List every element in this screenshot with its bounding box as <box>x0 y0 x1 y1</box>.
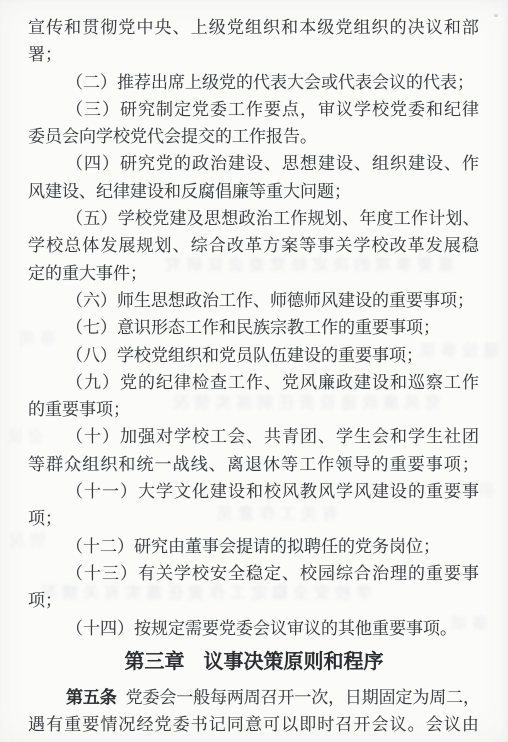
text-line: （二）推荐出席上级党的代表大会或代表会议的代表； <box>28 69 480 96</box>
article-number: 第五条 <box>66 688 117 707</box>
text-line: （十）加强对学校工会、共青团、学生会和学生社团 <box>28 423 480 450</box>
text-line: 定的重大事件； <box>28 260 480 287</box>
scan-speck <box>494 14 498 17</box>
text-line: （三）研究制定党委工作要点，审议学校党委和纪律 <box>28 96 480 123</box>
chapter-number: 第三章 <box>125 651 185 673</box>
chapter-title: 议事决策原则和程序 <box>204 651 384 673</box>
text-line: （四）研究党的政治建设、思想建设、组织建设、作 <box>28 150 480 177</box>
text-line: （十二）研究由董事会提请的拟聘任的党务岗位； <box>28 533 480 560</box>
text-line: （十四）按规定需要党委会议审议的其他重要事项。 <box>28 615 480 642</box>
text-line: 学校总体发展规划、综合改革方案等事关学校改革发展稳 <box>28 232 480 259</box>
text-column: 宣传和贯彻党中央、上级党组织和本级党组织的决议和部署；（二）推荐出席上级党的代表… <box>28 14 480 738</box>
text-line: 项； <box>28 505 480 532</box>
text-line: 风建设、纪律建设和反腐倡廉等重大问题； <box>28 178 480 205</box>
document-body: 宣传和贯彻党中央、上级党组织和本级党组织的决议和部署；（二）推荐出席上级党的代表… <box>28 14 480 642</box>
text-line: （九）党的纪律检查工作、党风廉政建设和巡察工作 <box>28 369 480 396</box>
text-line: 委员会向学校党代会提交的工作报告。 <box>28 123 480 150</box>
text-line: 等群众组织和统一战线、离退休等工作领导的重要事项； <box>28 451 480 478</box>
text-line: 宣传和贯彻党中央、上级党组织和本级党组织的决议和部 <box>28 14 480 41</box>
text-line: 第五条党委会一般每两周召开一次，日期固定为周二， <box>28 684 480 711</box>
text-line: （十三）有关学校安全稳定、校园综合治理的重要事 <box>28 560 480 587</box>
text-line: （十一）大学文化建设和校风教风学风建设的重要事 <box>28 478 480 505</box>
text-line: （八）学校党组织和党员队伍建设的重要事项； <box>28 342 480 369</box>
document-page: 重要事项的决定经党委会议研究 建设事项 事项 党风廉政建设责任制落实情况 会议 … <box>0 0 508 742</box>
text-line: 项； <box>28 587 480 614</box>
text-line: 的重要事项； <box>28 396 480 423</box>
text-line: （五）学校党建及思想政治工作规划、年度工作计划、 <box>28 205 480 232</box>
text-line: 遇有重要情况经党委书记同意可以即时召开会议。会议由 <box>28 711 480 738</box>
text-line: 署； <box>28 41 480 68</box>
text-line: （六）师生思想政治工作、师德师风建设的重要事项； <box>28 287 480 314</box>
text-line: （七）意识形态工作和民族宗教工作的重要事项； <box>28 314 480 341</box>
chapter-heading: 第三章议事决策原则和程序 <box>28 647 480 677</box>
document-closing: 第五条党委会一般每两周召开一次，日期固定为周二，遇有重要情况经党委书记同意可以即… <box>28 684 480 739</box>
